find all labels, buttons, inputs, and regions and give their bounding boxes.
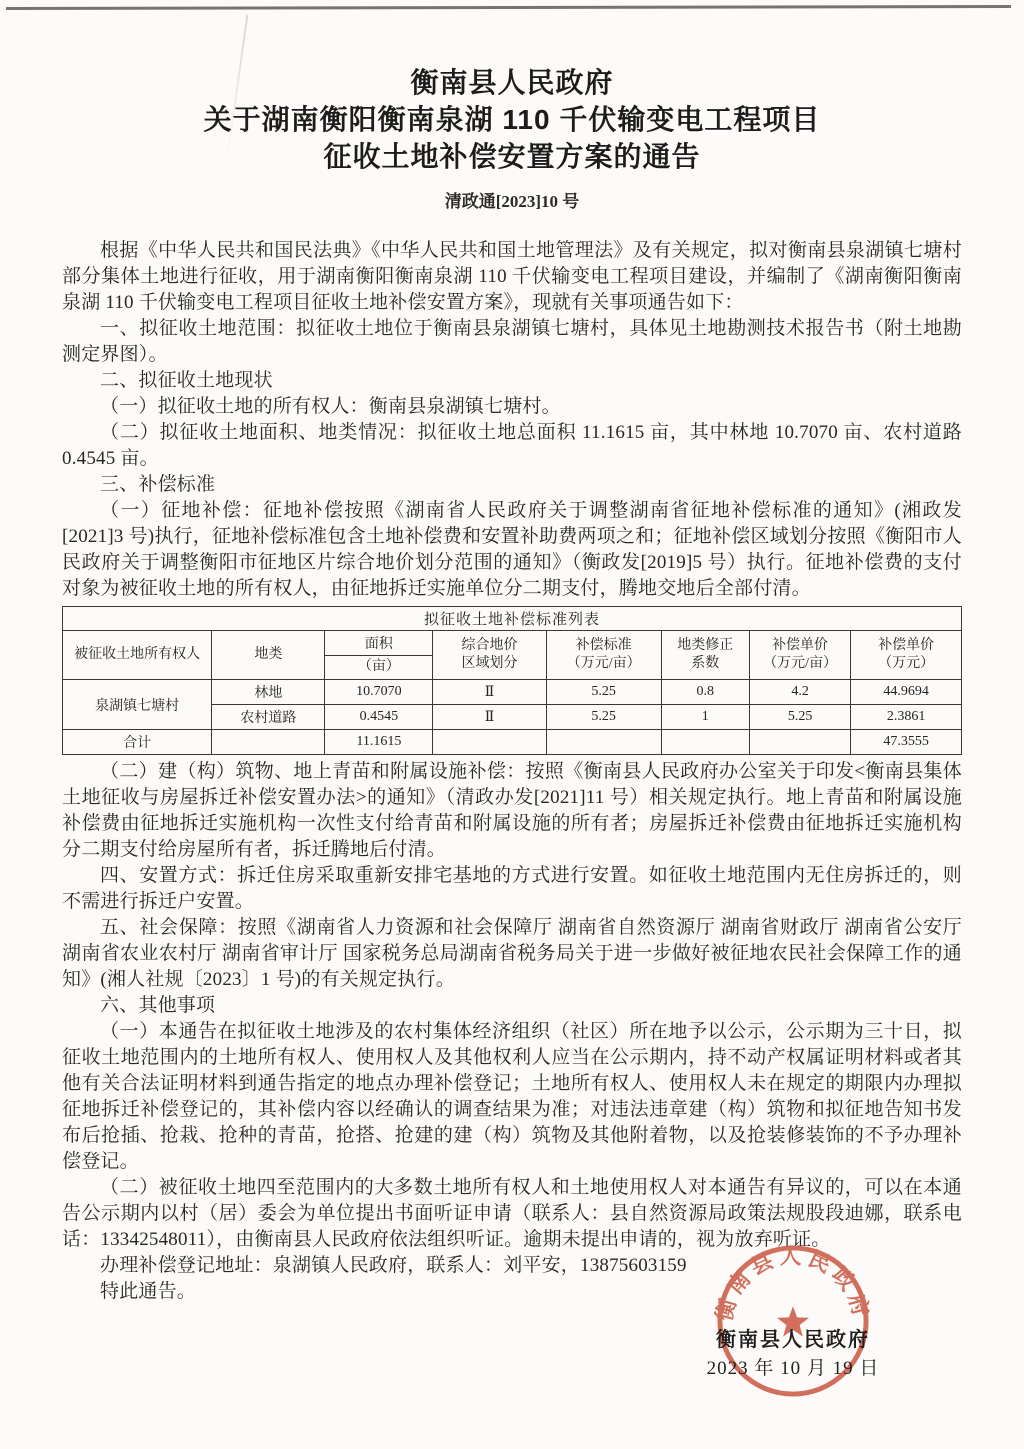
document-number: 清政通[2023]10 号 [62,187,962,212]
cell-standard: 5.25 [546,680,661,705]
paragraph-section-6-1: （一）本通告在拟征收土地涉及的农村集体经济组织（社区）所在地予以公示，公示期为三… [62,1019,962,1175]
signature-date: 2023 年 10 月 19 日 [693,1354,893,1384]
cell-owner: 合计 [63,730,212,755]
col-header-standard: 补偿标准 （万元/亩） [546,631,661,680]
cell-area: 11.1615 [325,730,433,755]
col-header-total-price: 补偿单价 （万元） [851,631,962,680]
table-row-forest: 泉湖镇七塘村 林地 10.7070 Ⅱ 5.25 0.8 4.2 44.9694 [63,680,962,705]
cell-total-price: 2.3861 [851,705,962,730]
paragraph-section-6: 六、其他事项 [62,993,962,1019]
col-header-coefficient: 地类修正 系数 [661,631,749,680]
document-page: 衡南县人民政府 关于湖南衡阳衡南泉湖 110 千伏输变电工程项目 征收土地补偿安… [0,0,1024,1449]
cell-area: 10.7070 [325,680,433,705]
cell-unit-price: 4.2 [749,680,851,705]
cell-coefficient [661,730,749,755]
paragraph-section-4: 四、安置方式：拆迁住房采取重新安排宅基地的方式进行安置。如征收土地范围内无住房拆… [62,863,962,915]
cell-zone: Ⅱ [433,680,546,705]
paragraph-section-2-2: （二）拟征收土地面积、地类情况：拟征收土地总面积 11.1615 亩，其中林地 … [62,420,962,472]
paragraph-section-1: 一、拟征收土地范围：拟征收土地位于衡南县泉湖镇七塘村，具体见土地勘测技术报告书（… [62,316,962,368]
cell-land-type: 农村道路 [212,705,325,730]
col-header-area: 面积 （亩） [325,631,433,680]
cell-coefficient: 0.8 [661,680,749,705]
col-header-land-type: 地类 [212,631,325,680]
cell-standard [546,730,661,755]
document-body: 根据《中华人民共和国民法典》《中华人民共和国土地管理法》及有关规定，拟对衡南县泉… [62,238,962,1305]
table-title: 拟征收土地补偿标准列表 [63,607,962,631]
paragraph-section-2: 二、拟征收土地现状 [62,368,962,394]
cell-owner: 泉湖镇七塘村 [63,680,212,730]
compensation-table: 拟征收土地补偿标准列表 被征收土地所有权人 地类 面积 （亩） 综合地价 区域划… [62,606,962,755]
paragraph-section-3: 三、补偿标准 [62,472,962,498]
document-content: 衡南县人民政府 关于湖南衡阳衡南泉湖 110 千伏输变电工程项目 征收土地补偿安… [0,0,1024,1305]
cell-land-type: 林地 [212,680,325,705]
cell-total-price: 47.3555 [851,730,962,755]
paragraph-section-5: 五、社会保障：按照《湖南省人力资源和社会保障厅 湖南省自然资源厅 湖南省财政厅 … [62,915,962,993]
paragraph-intro: 根据《中华人民共和国民法典》《中华人民共和国土地管理法》及有关规定，拟对衡南县泉… [62,238,962,316]
col-header-unit-price: 补偿单价 （万元/亩） [749,631,851,680]
paragraph-section-3-2: （二）建（构）筑物、地上青苗和附属设施补偿：按照《衡南县人民政府办公室关于印发<… [62,759,962,863]
title-line-1: 衡南县人民政府 [62,64,962,101]
col-header-owner: 被征收土地所有权人 [63,631,212,680]
signature-authority: 衡南县人民政府 [693,1326,893,1354]
col-header-zone: 综合地价 区域划分 [433,631,546,680]
title-line-2: 关于湖南衡阳衡南泉湖 110 千伏输变电工程项目 [62,101,962,138]
cell-zone [433,730,546,755]
cell-total-price: 44.9694 [851,680,962,705]
cell-zone: Ⅱ [433,705,546,730]
cell-unit-price: 5.25 [749,705,851,730]
paragraph-section-2-1: （一）拟征收土地的所有权人：衡南县泉湖镇七塘村。 [62,394,962,420]
cell-area: 0.4545 [325,705,433,730]
cell-coefficient: 1 [661,705,749,730]
cell-standard: 5.25 [546,705,661,730]
cell-land-type [212,730,325,755]
signature-block: 衡南县人民政府 2023 年 10 月 19 日 [693,1326,893,1384]
paragraph-section-3-1: （一）征地补偿：征地补偿按照《湖南省人民政府关于调整湖南省征地补偿标准的通知》(… [62,498,962,602]
table-row-total: 合计 11.1615 47.3555 [63,730,962,755]
document-title: 衡南县人民政府 关于湖南衡阳衡南泉湖 110 千伏输变电工程项目 征收土地补偿安… [62,64,962,175]
cell-unit-price [749,730,851,755]
title-line-3: 征收土地补偿安置方案的通告 [62,138,962,175]
